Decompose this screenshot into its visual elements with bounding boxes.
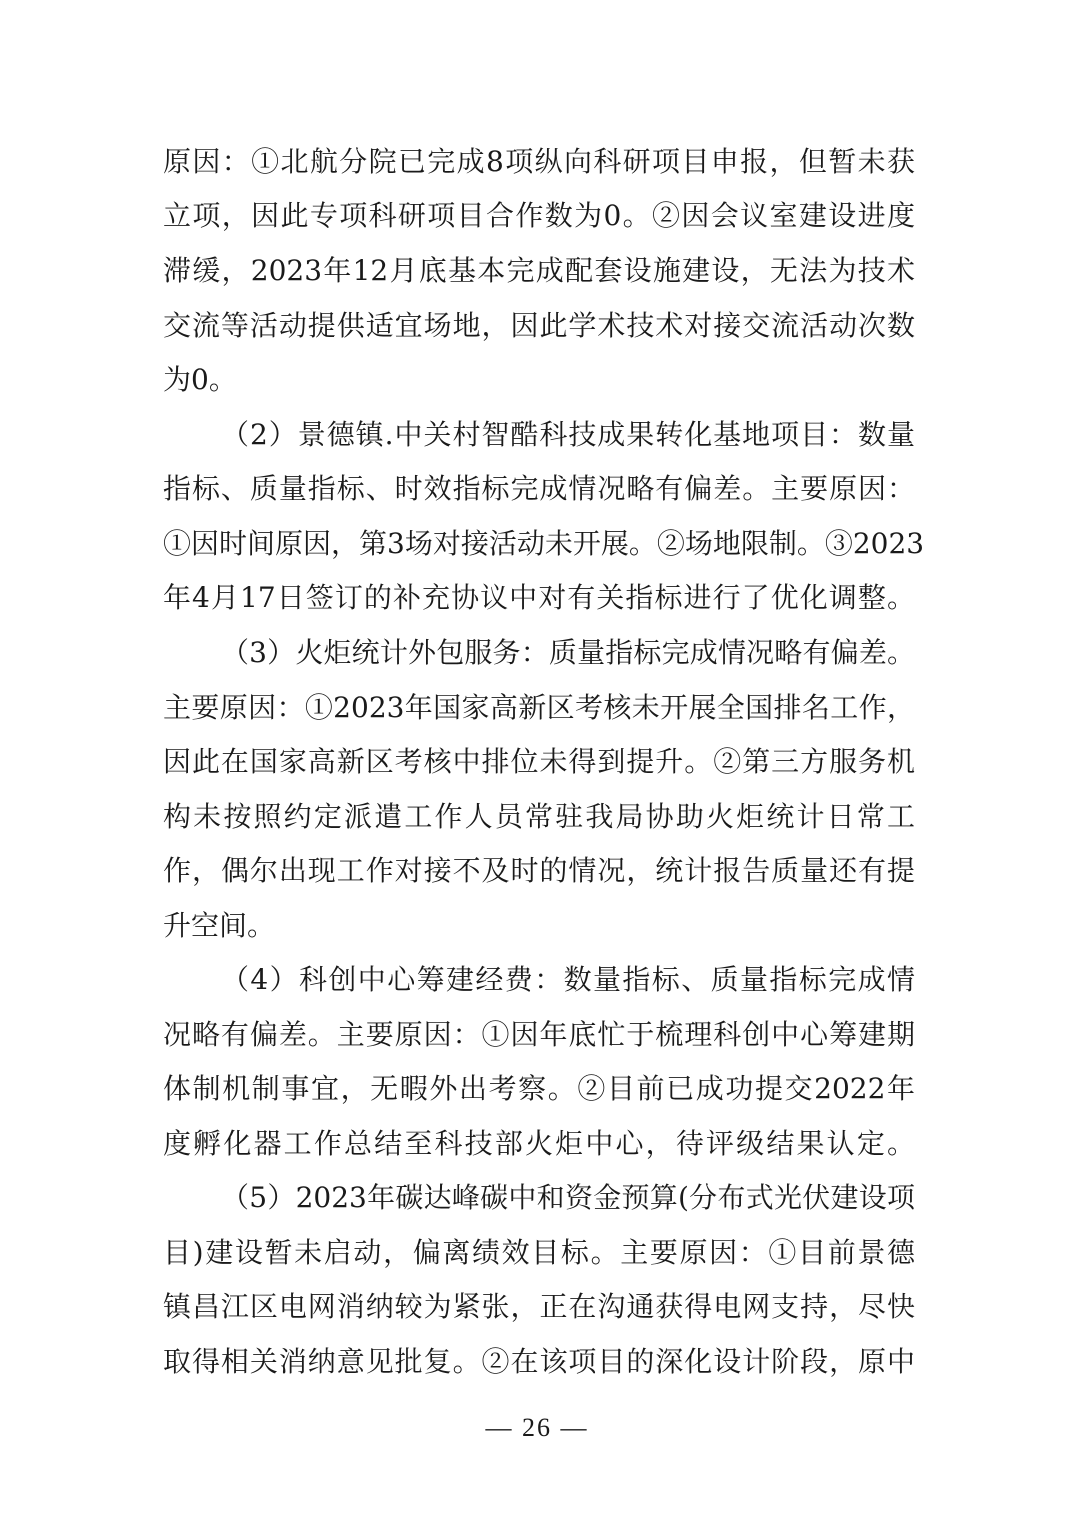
- document-page: 原因：①北航分院已完成8项纵向科研项目申报，但暂未获 立项，因此专项科研项目合作…: [0, 0, 1074, 1520]
- text-line: 作，偶尔出现工作对接不及时的情况，统计报告质量还有提: [163, 851, 915, 891]
- text-line: 构未按照约定派遣工作人员常驻我局协助火炬统计日常工: [163, 797, 915, 837]
- text-line: 况略有偏差。主要原因：①因年底忙于梳理科创中心筹建期: [163, 1015, 915, 1055]
- text-line: 滞缓，2023年12月底基本完成配套设施建设，无法为技术: [163, 251, 915, 291]
- text-line: （4）科创中心筹建经费：数量指标、质量指标完成情: [221, 960, 915, 1000]
- text-line: 目)建设暂未启动，偏离绩效目标。主要原因：①目前景德: [163, 1233, 915, 1273]
- text-line: 主要原因：①2023年国家高新区考核未开展全国排名工作，: [163, 688, 915, 728]
- text-line: 指标、质量指标、时效指标完成情况略有偏差。主要原因：: [163, 469, 915, 509]
- text-line: 立项，因此专项科研项目合作数为0。②因会议室建设进度: [163, 196, 915, 236]
- text-line: （3）火炬统计外包服务：质量指标完成情况略有偏差。: [221, 633, 915, 673]
- text-line: 因此在国家高新区考核中排位未得到提升。②第三方服务机: [163, 742, 915, 782]
- text-line: 取得相关消纳意见批复。②在该项目的深化设计阶段，原中: [163, 1342, 915, 1382]
- text-line: （5）2023年碳达峰碳中和资金预算(分布式光伏建设项: [221, 1178, 915, 1218]
- text-line: 交流等活动提供适宜场地，因此学术技术对接交流活动次数: [163, 306, 915, 346]
- text-line: 年4月17日签订的补充协议中对有关指标进行了优化调整。: [163, 578, 915, 618]
- text-line: 体制机制事宜，无暇外出考察。②目前已成功提交2022年: [163, 1069, 915, 1109]
- page-number: — 26 —: [0, 1410, 1074, 1446]
- text-line: 度孵化器工作总结至科技部火炬中心，待评级结果认定。: [163, 1124, 915, 1164]
- text-line: 为0。: [163, 360, 915, 400]
- text-line: 镇昌江区电网消纳较为紧张，正在沟通获得电网支持，尽快: [163, 1287, 915, 1327]
- text-line: 原因：①北航分院已完成8项纵向科研项目申报，但暂未获: [163, 142, 915, 182]
- text-line: ①因时间原因，第3场对接活动未开展。②场地限制。③2023: [163, 524, 915, 564]
- text-line: （2）景德镇.中关村智酷科技成果转化基地项目：数量: [221, 415, 915, 455]
- text-line: 升空间。: [163, 906, 915, 946]
